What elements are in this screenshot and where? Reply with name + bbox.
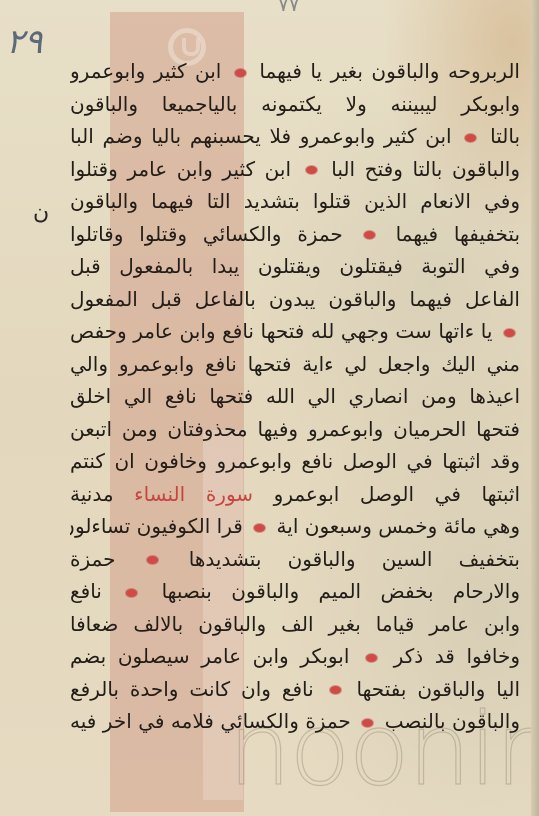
text-segment: والارحام بخفض الميم والباقون بنصبها <box>162 579 520 603</box>
text-segment: الفاعل فيهما والباقون يبدون بالفاعل قبل … <box>70 287 520 311</box>
verse-marker-dot-icon <box>366 654 377 662</box>
text-line: اعيذها ومن انصاري الي الله فتحها نافع ال… <box>70 380 520 413</box>
text-segment: وقد اثبتها في الوصل نافع وابوعمرو وخافون… <box>70 449 520 473</box>
text-line: وابوبكر ليبيننه ولا يكتمونه بالياجميعا و… <box>70 88 520 121</box>
manuscript-page: noonir ٢٩ ٧٧ ن الربروحه والباقون بغير يا… <box>0 0 539 816</box>
text-line: بتخفيف السين والباقون بتشديدها حمزة <box>70 543 520 576</box>
folio-number: ٢٩ <box>6 22 43 62</box>
margin-note: ن <box>33 200 49 225</box>
page-edge <box>531 0 539 816</box>
verse-marker-dot-icon <box>362 719 373 727</box>
text-line: اليا والباقون بفتحها نافع وان كانت واحدة… <box>70 673 520 706</box>
text-line: بتخفيفها فيهما حمزة والكسائي وقتلوا وقات… <box>70 218 520 251</box>
text-line: وهي مائة وخمس وسبعون اية قرا الكوفيون تس… <box>70 510 520 543</box>
text-line: والباقون بالنصب حمزة والكسائي فلامه في ا… <box>70 705 520 738</box>
verse-marker-dot-icon <box>147 556 158 564</box>
text-segment: فتحها الحرميان وابوعمرو وفيها محذوفتان و… <box>70 417 520 441</box>
text-segment: نافع وان كانت واحدة بالرفع <box>70 677 314 701</box>
text-line: اثبتها في الوصل ابوعمرو سورة النساء مدني… <box>70 478 520 511</box>
text-line: مني اليك واجعل لي ءاية فتحها نافع وابوعم… <box>70 348 520 381</box>
text-segment: الربروحه والباقون بغير يا فيهما <box>259 59 520 83</box>
text-line: وفي التوبة فيقتلون ويقتلون يبدا بالمفعول… <box>70 250 520 283</box>
text-segment: حمزة <box>70 547 115 571</box>
text-segment: وخافوا قد ذكر <box>394 644 520 668</box>
text-segment: بالتا <box>490 124 520 148</box>
text-block: الربروحه والباقون بغير يا فيهما ابن كثير… <box>70 55 520 738</box>
surah-heading: سورة النساء <box>134 482 253 506</box>
text-segment: والباقون بالنصب <box>385 709 520 733</box>
text-segment: والباقون بالتا وفتح البا <box>331 157 520 181</box>
verse-marker-dot-icon <box>504 329 515 337</box>
verse-marker-dot-icon <box>364 231 375 239</box>
verse-marker-dot-icon <box>330 686 341 694</box>
text-segment: قرا الكوفيون تساءلون <box>70 514 243 538</box>
text-segment: اثبتها في الوصل ابوعمرو <box>274 482 520 506</box>
text-segment: بتخفيف السين والباقون بتشديدها <box>189 547 520 571</box>
text-line: وقد اثبتها في الوصل نافع وابوعمرو وخافون… <box>70 445 520 478</box>
text-line: والارحام بخفض الميم والباقون بنصبها نافع <box>70 575 520 608</box>
verse-marker-dot-icon <box>126 589 137 597</box>
text-segment: حمزة والكسائي فلامه في اخر فيه <box>70 709 351 733</box>
text-segment: وهي مائة وخمس وسبعون اية <box>277 514 520 538</box>
text-segment: حمزة والكسائي وقتلوا وقاتلوا <box>70 222 343 246</box>
text-segment: ابن كثير وابوعمرو فلا يحسبنهم باليا وضم … <box>70 124 452 148</box>
text-segment: مدنية <box>70 482 114 506</box>
text-segment: وفي الانعام الذين قتلوا بتشديد التا فيهم… <box>70 189 520 213</box>
text-segment: نافع <box>70 579 102 603</box>
text-line: الربروحه والباقون بغير يا فيهما ابن كثير… <box>70 55 520 88</box>
text-line: وخافوا قد ذكر ابوبكر وابن عامر سيصلون بض… <box>70 640 520 673</box>
text-line: بالتا ابن كثير وابوعمرو فلا يحسبنهم بالي… <box>70 120 520 153</box>
verse-marker-dot-icon <box>254 524 265 532</box>
text-segment: وفي التوبة فيقتلون ويقتلون يبدا بالمفعول… <box>70 254 520 278</box>
text-segment: اليا والباقون بفتحها <box>356 677 520 701</box>
text-segment: ابن كثير وابن عامر وقتلوا <box>70 157 291 181</box>
text-line: وابن عامر قياما بغير الف والباقون بالالف… <box>70 608 520 641</box>
text-segment: بتخفيفها فيهما <box>396 222 520 246</box>
verse-marker-dot-icon <box>306 166 317 174</box>
text-line: والباقون بالتا وفتح البا ابن كثير وابن ع… <box>70 153 520 186</box>
text-line: وفي الانعام الذين قتلوا بتشديد التا فيهم… <box>70 185 520 218</box>
text-segment: ابوبكر وابن عامر سيصلون بضم <box>70 644 349 668</box>
text-segment: وابن عامر قياما بغير الف والباقون بالالف… <box>70 612 520 636</box>
text-line: فتحها الحرميان وابوعمرو وفيها محذوفتان و… <box>70 413 520 446</box>
text-segment: مني اليك واجعل لي ءاية فتحها نافع وابوعم… <box>70 352 520 376</box>
top-page-mark: ٧٧ <box>278 0 299 16</box>
verse-marker-dot-icon <box>235 69 246 77</box>
text-segment: يا ءاتها ست وجهي لله فتحها نافع وابن عام… <box>70 319 492 343</box>
text-line: يا ءاتها ست وجهي لله فتحها نافع وابن عام… <box>70 315 520 348</box>
text-segment: وابوبكر ليبيننه ولا يكتمونه بالياجميعا و… <box>70 92 520 116</box>
text-line: الفاعل فيهما والباقون يبدون بالفاعل قبل … <box>70 283 520 316</box>
text-segment: اعيذها ومن انصاري الي الله فتحها نافع ال… <box>70 384 520 408</box>
text-segment: ابن كثير وابوعمرو <box>70 59 221 83</box>
verse-marker-dot-icon <box>465 134 476 142</box>
